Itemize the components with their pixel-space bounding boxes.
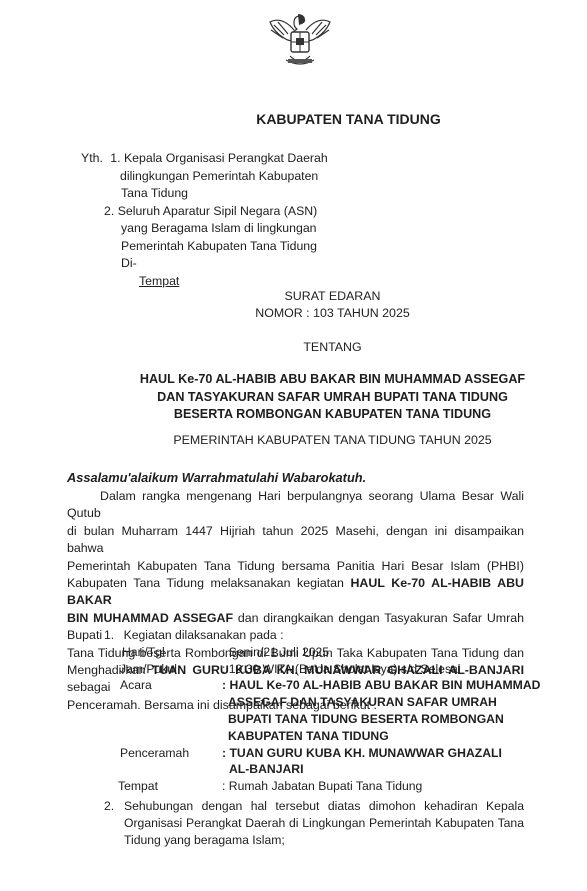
- addressee-item-1: Yth. 1. Kepala Organisasi Perangkat Daer…: [81, 150, 328, 168]
- addressee-prefix: Yth.: [81, 151, 103, 165]
- subject-line: BESERTA ROMBONGAN KABUPATEN TANA TIDUNG: [78, 406, 587, 424]
- item-line: Sehubungan dengan hal tersebut diatas di…: [104, 798, 524, 815]
- text: Dalam rangka mengenang Hari berpulangnya…: [67, 489, 524, 520]
- item-line: Organisasi Perangkat Daerah di Lingkunga…: [104, 815, 524, 832]
- addressee-place: Tempat: [81, 273, 328, 291]
- item-number: 2.: [104, 204, 114, 218]
- detail-row-day: Hari/Tgl : Senin/21 Juli 2025: [104, 644, 283, 661]
- paragraph-line: di bulan Muharram 1447 Hijriah tahun 202…: [67, 523, 524, 558]
- item-intro: Kegiatan dilaksanakan pada :: [124, 628, 284, 642]
- list-item-1: 1. Kegiatan dilaksanakan pada : Hari/Tgl…: [104, 627, 283, 795]
- paragraph-line: Pemerintah Kabupaten Tana Tidung bersama…: [67, 558, 524, 575]
- letter-number: NOMOR : 103 TAHUN 2025: [0, 306, 587, 320]
- detail-row-place: Tempat : Rumah Jabatan Bupati Tana Tidun…: [104, 778, 283, 795]
- regency-title: KABUPATEN TANA TIDUNG: [0, 111, 587, 127]
- item-number: 2.: [104, 798, 114, 815]
- detail-row-event: Acara : HAUL Ke-70 AL-HABIB ABU BAKAR BI…: [104, 677, 283, 744]
- letter-type: SURAT EDARAN: [0, 289, 587, 303]
- addressee-line: yang Beragama Islam di lingkungan: [81, 220, 328, 238]
- detail-value: : TUAN GURU KUBA KH. MUNAWWAR GHAZALI AL…: [222, 745, 502, 779]
- subject-line: HAUL Ke-70 AL-HABIB ABU BAKAR BIN MUHAMM…: [78, 371, 587, 389]
- value-line: BUPATI TANA TIDUNG BESERTA ROMBONGAN: [222, 712, 504, 726]
- value-line: KABUPATEN TANA TIDUNG: [222, 729, 389, 743]
- addressee-line: Tana Tidung: [81, 185, 328, 203]
- addressee-line: Pemerintah Kabupaten Tana Tidung: [81, 238, 328, 256]
- greeting: Assalamu'alaikum Warrahmatulahi Wabaroka…: [67, 470, 366, 485]
- detail-label: Tempat: [118, 778, 158, 795]
- letter-subject: HAUL Ke-70 AL-HABIB ABU BAKAR BIN MUHAMM…: [0, 371, 587, 424]
- item-line: Tidung yang beragama Islam;: [104, 832, 524, 849]
- addressee-di: Di-: [81, 255, 328, 273]
- item-number: 1.: [104, 628, 114, 642]
- event-name: BIN MUHAMMAD ASSEGAF: [67, 611, 233, 625]
- detail-row-time: Jam/Pukul : 19.30 WITA (Ba'da Sholat Isy…: [104, 661, 283, 678]
- item-number: 1.: [110, 151, 120, 165]
- detail-label: Jam/Pukul: [120, 661, 177, 678]
- addressee-block: Yth. 1. Kepala Organisasi Perangkat Daer…: [81, 150, 328, 290]
- value-line: : TUAN GURU KUBA KH. MUNAWWAR GHAZALI: [222, 746, 502, 760]
- detail-value: : Senin/21 Juli 2025: [222, 644, 329, 661]
- detail-row-speaker: Penceramah : TUAN GURU KUBA KH. MUNAWWAR…: [104, 745, 283, 779]
- addressee-item-2: 2. Seluruh Aparatur Sipil Negara (ASN): [81, 203, 328, 221]
- subject-line: DAN TASYAKURAN SAFAR UMRAH BUPATI TANA T…: [78, 389, 587, 407]
- paragraph-line: Kabupaten Tana Tidung melaksanakan kegia…: [67, 575, 524, 610]
- addressee-line: Seluruh Aparatur Sipil Negara (ASN): [118, 204, 318, 218]
- detail-label: Acara: [120, 677, 152, 694]
- text: Kabupaten Tana Tidung melaksanakan kegia…: [67, 576, 350, 590]
- letter-about: TENTANG: [0, 340, 587, 354]
- addressee-line: dilingkungan Pemerintah Kabupaten: [81, 168, 328, 186]
- detail-label: Penceramah: [120, 745, 189, 762]
- detail-label: Hari/Tgl: [122, 644, 165, 661]
- list-item-2: 2. Sehubungan dengan hal tersebut diatas…: [104, 798, 524, 848]
- detail-value: : 19.30 WITA (Ba'da Sholat Isya) s/d Sel…: [222, 661, 461, 678]
- value-line: AL-BANJARI: [222, 762, 303, 776]
- list-item-intro: 1. Kegiatan dilaksanakan pada :: [104, 627, 283, 644]
- detail-value: : Rumah Jabatan Bupati Tana Tidung: [222, 778, 422, 795]
- garuda-emblem-icon: [266, 10, 334, 68]
- addressee-line: Kepala Organisasi Perangkat Daerah: [124, 151, 328, 165]
- detail-value: : HAUL Ke-70 AL-HABIB ABU BAKAR BIN MUHA…: [222, 677, 540, 744]
- letter-issuer: PEMERINTAH KABUPATEN TANA TIDUNG TAHUN 2…: [0, 433, 587, 447]
- paragraph-line: Dalam rangka mengenang Hari berpulangnya…: [67, 488, 524, 523]
- value-line: : HAUL Ke-70 AL-HABIB ABU BAKAR BIN MUHA…: [222, 678, 540, 692]
- value-line: ASSEGAF DAN TASYAKURAN SAFAR UMRAH: [222, 695, 497, 709]
